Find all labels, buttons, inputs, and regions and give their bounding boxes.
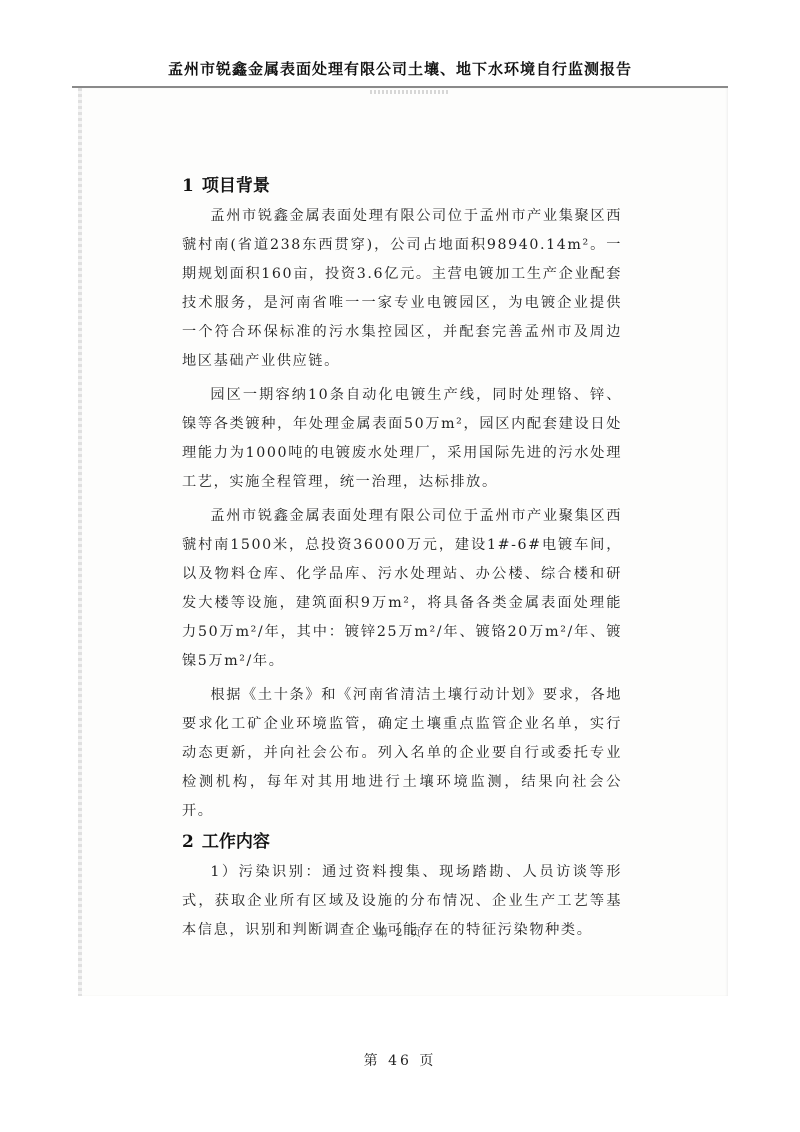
section-heading: 1项目背景 <box>182 170 622 202</box>
section-project-background: 1项目背景 孟州市锐鑫金属表面处理有限公司位于孟州市产业集聚区西虢村南(省道23… <box>182 170 622 826</box>
paragraph: 孟州市锐鑫金属表面处理有限公司位于孟州市产业聚集区西虢村南1500米，总投资36… <box>182 502 622 676</box>
section-number: 2 <box>182 832 194 852</box>
section-title: 工作内容 <box>202 832 270 852</box>
scanned-page-number: 第 2 页 <box>0 924 800 940</box>
paragraph: 园区一期容纳10条自动化电镀生产线，同时处理铬、锌、镍等各类镀种，年处理金属表面… <box>182 381 622 497</box>
page-number: 第 46 页 <box>0 1050 800 1070</box>
section-number: 1 <box>182 176 194 196</box>
section-heading: 2工作内容 <box>182 826 622 858</box>
document-body: 1项目背景 孟州市锐鑫金属表面处理有限公司位于孟州市产业集聚区西虢村南(省道23… <box>182 170 622 945</box>
paragraph: 孟州市锐鑫金属表面处理有限公司位于孟州市产业集聚区西虢村南(省道238东西贯穿)… <box>182 202 622 376</box>
running-header-title: 孟州市锐鑫金属表面处理有限公司土壤、地下水环境自行监测报告 <box>0 58 800 79</box>
section-title: 项目背景 <box>202 176 270 196</box>
scan-artifact <box>370 90 450 94</box>
scan-edge <box>78 88 82 996</box>
paragraph: 根据《土十条》和《河南省清洁土壤行动计划》要求，各地要求化工矿企业环境监管，确定… <box>182 681 622 826</box>
